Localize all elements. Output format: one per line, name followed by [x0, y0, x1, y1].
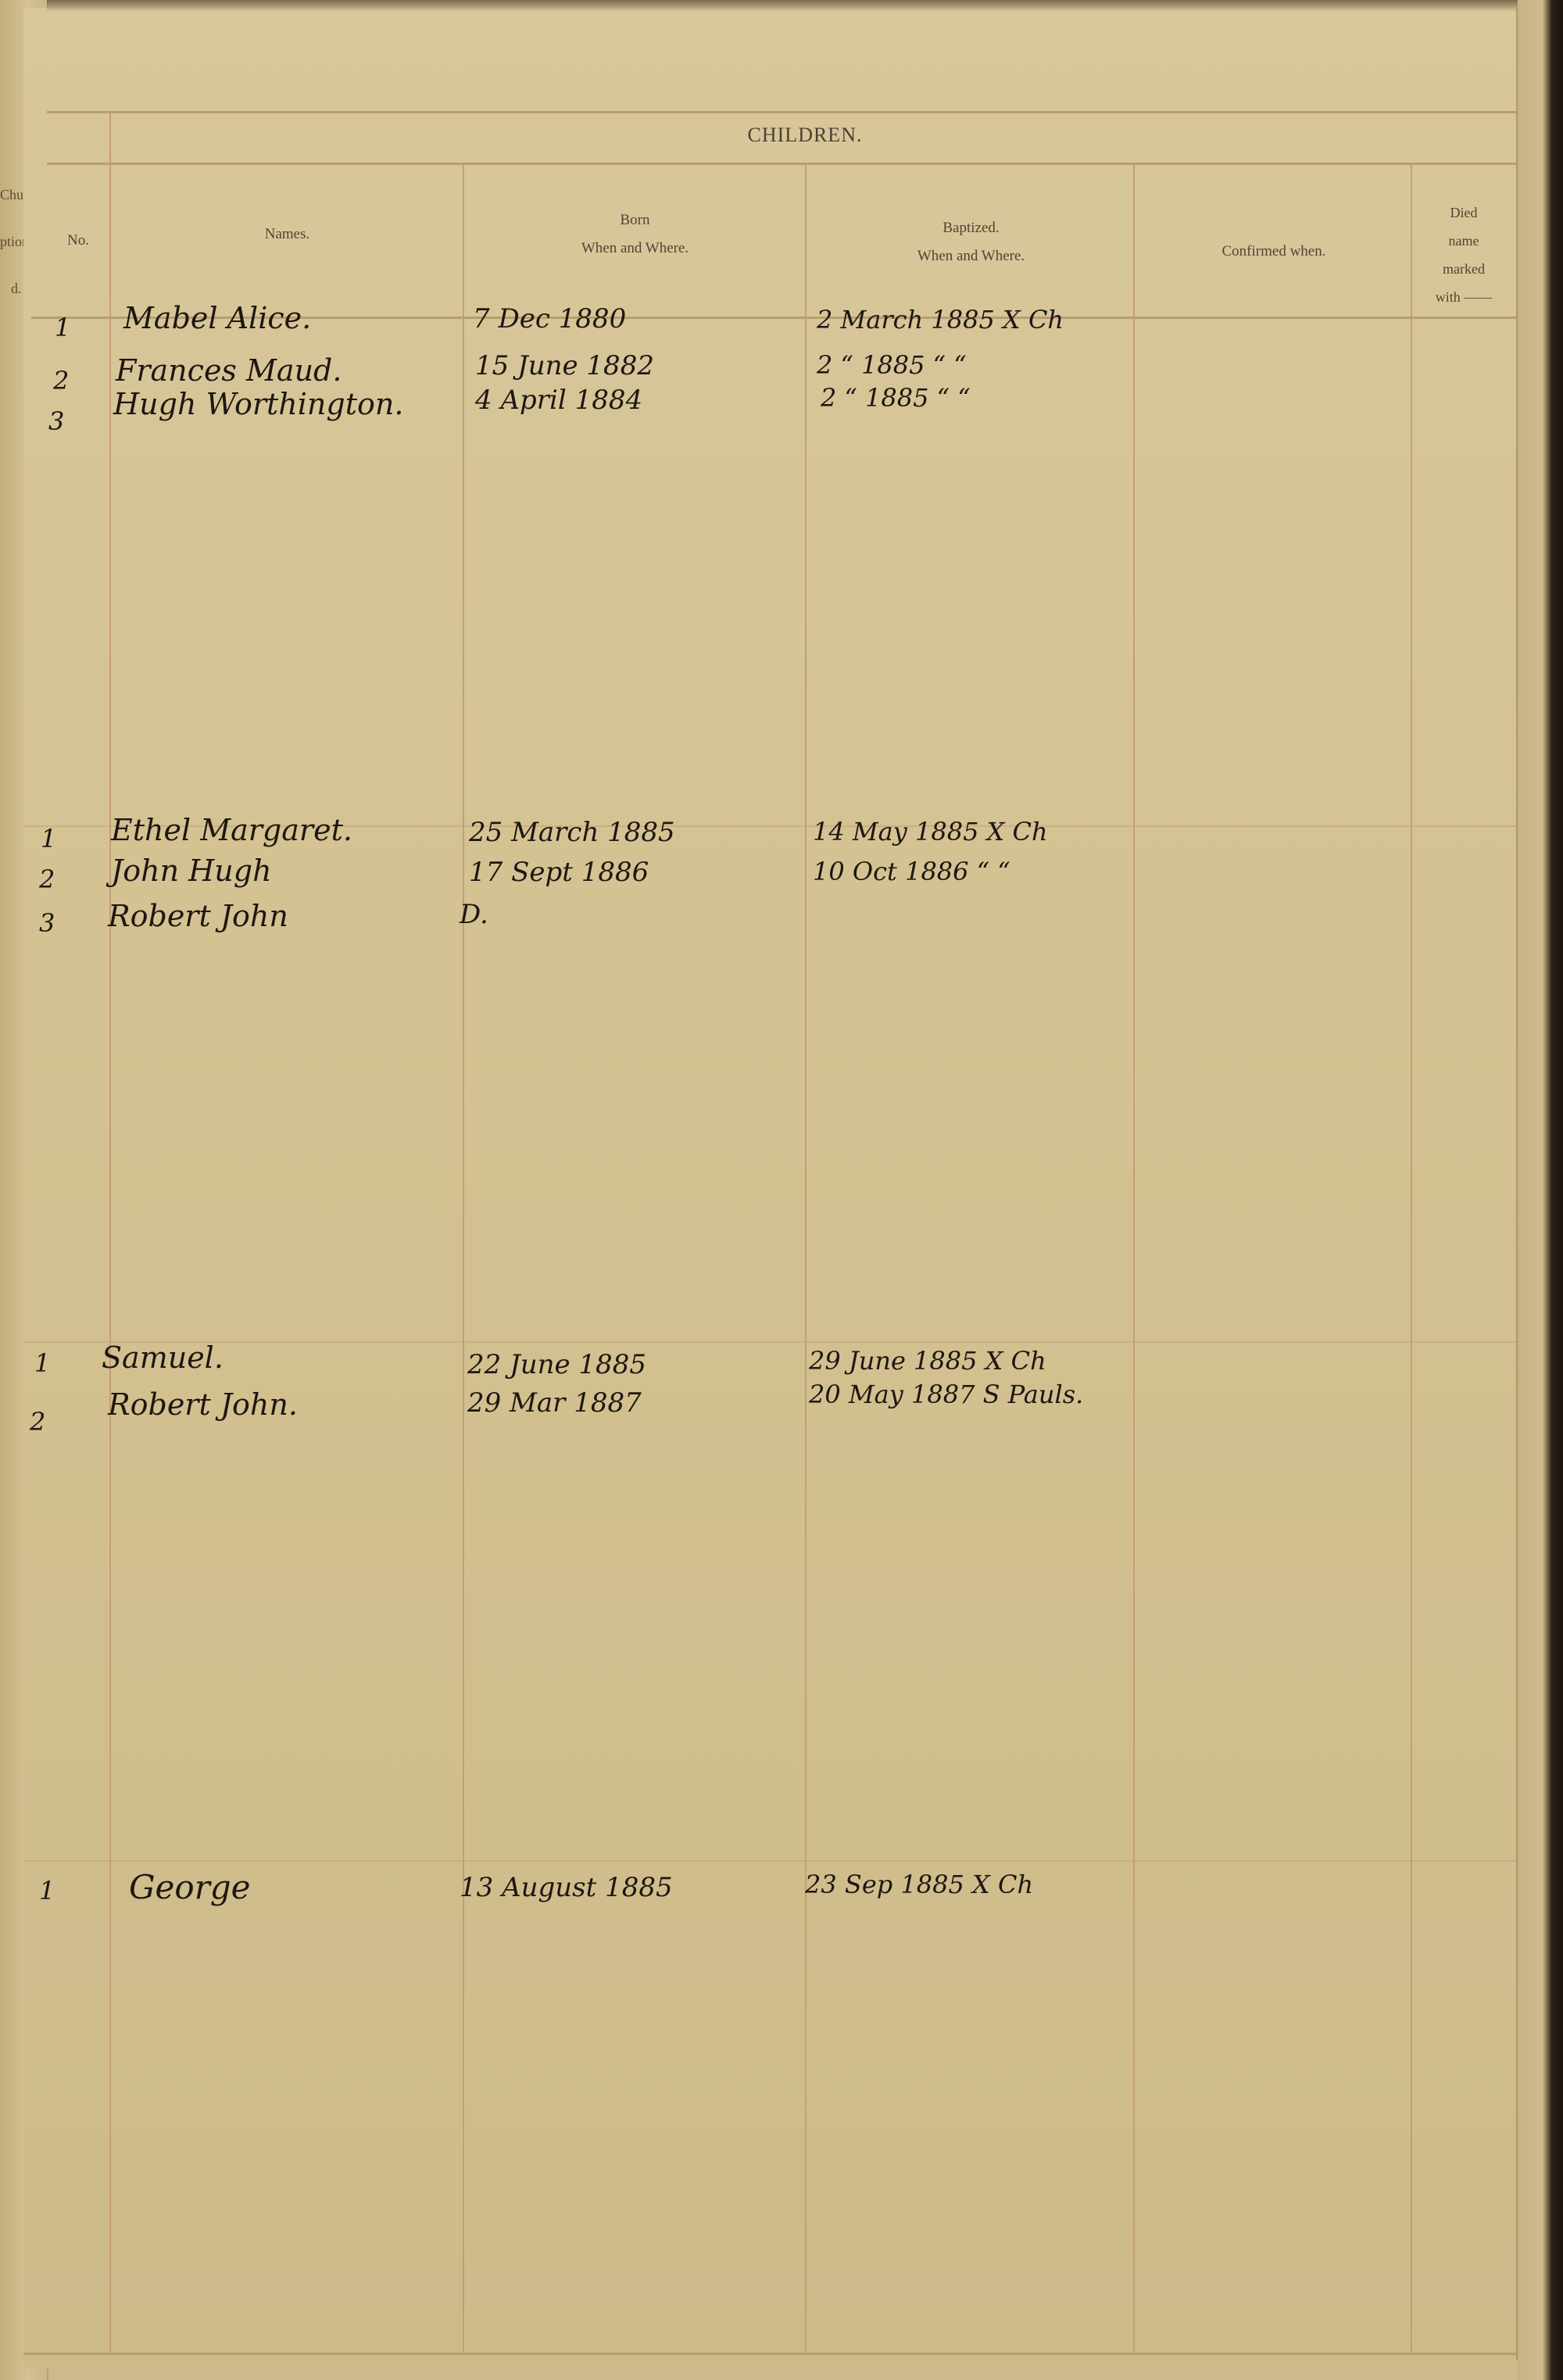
- header-died-line4: with ——: [1413, 283, 1515, 311]
- header-baptized: Baptized. When and Where.: [809, 214, 1133, 270]
- col-line-no: [109, 111, 111, 2354]
- child-born: 17 Sept 1886: [469, 857, 649, 888]
- rule-bottom: [23, 2353, 1516, 2355]
- child-baptized: 2 March 1885 X Ch: [817, 305, 1064, 335]
- child-baptized: 29 June 1885 X Ch: [809, 1346, 1046, 1376]
- margin-text: d.: [11, 281, 22, 295]
- header-died-line2: name: [1413, 227, 1515, 255]
- rule-family-3: [23, 1341, 1516, 1343]
- header-died: Died name marked with ——: [1413, 199, 1515, 311]
- col-line-confirmed: [1411, 163, 1412, 2354]
- header-born-line2: When and Where.: [465, 234, 805, 263]
- col-line-names: [463, 163, 464, 2354]
- header-names: Names.: [113, 220, 461, 249]
- child-born: 29 Mar 1887: [467, 1387, 642, 1419]
- section-title: CHILDREN.: [94, 123, 1516, 147]
- child-name: Hugh Worthington.: [113, 387, 403, 421]
- child-name: Robert John: [108, 899, 288, 933]
- header-died-line3: marked: [1413, 255, 1515, 283]
- col-line-born: [805, 163, 807, 2354]
- child-name: George: [129, 1868, 251, 1906]
- rule-header-top: [47, 163, 1516, 165]
- child-born-deceased-mark: D.: [460, 899, 488, 930]
- child-number: 1: [41, 824, 56, 854]
- header-died-line1: Died: [1413, 199, 1515, 227]
- rule-family-4: [23, 1860, 1516, 1862]
- child-name: John Hugh: [111, 854, 272, 888]
- child-name: Mabel Alice.: [123, 301, 311, 335]
- book-binding-edge: [1518, 0, 1563, 2380]
- child-number: 1: [39, 1876, 55, 1906]
- child-born: 22 June 1885: [467, 1349, 646, 1380]
- child-born: 13 August 1885: [460, 1872, 673, 1903]
- page-right-border: [1516, 8, 1518, 2360]
- header-no: No.: [47, 227, 109, 255]
- page-top-shadow: [47, 0, 1563, 11]
- child-number: 3: [39, 908, 55, 938]
- child-baptized: 23 Sep 1885 X Ch: [805, 1870, 1033, 1899]
- child-born: 15 June 1882: [475, 350, 654, 381]
- child-number: 2: [30, 1407, 45, 1437]
- child-number: 2: [39, 864, 55, 894]
- child-number: 1: [55, 313, 70, 342]
- child-number: 1: [34, 1348, 50, 1378]
- child-number: 2: [53, 366, 69, 395]
- child-name: Frances Maud.: [116, 353, 342, 388]
- child-baptized: 14 May 1885 X Ch: [813, 817, 1048, 846]
- child-number: 3: [48, 406, 64, 436]
- header-born: Born When and Where.: [465, 206, 805, 263]
- child-baptized: 10 Oct 1886 “ “: [813, 857, 1010, 886]
- child-name: Ethel Margaret.: [111, 813, 352, 847]
- rule-top: [47, 111, 1516, 113]
- child-name: Samuel.: [102, 1340, 224, 1375]
- child-baptized: 20 May 1887 S Pauls.: [809, 1380, 1083, 1409]
- header-baptized-line2: When and Where.: [809, 242, 1133, 270]
- header-born-line1: Born: [465, 206, 805, 234]
- child-name: Robert John.: [108, 1387, 298, 1422]
- child-baptized: 2 “ 1885 “ “: [821, 383, 971, 413]
- col-line-baptized: [1133, 163, 1135, 2354]
- child-born: 7 Dec 1880: [473, 303, 626, 335]
- child-baptized: 2 “ 1885 “ “: [817, 350, 967, 380]
- header-confirmed: Confirmed when.: [1137, 238, 1411, 266]
- child-born: 4 April 1884: [475, 385, 642, 416]
- header-baptized-line1: Baptized.: [809, 214, 1133, 242]
- child-born: 25 March 1885: [469, 817, 675, 848]
